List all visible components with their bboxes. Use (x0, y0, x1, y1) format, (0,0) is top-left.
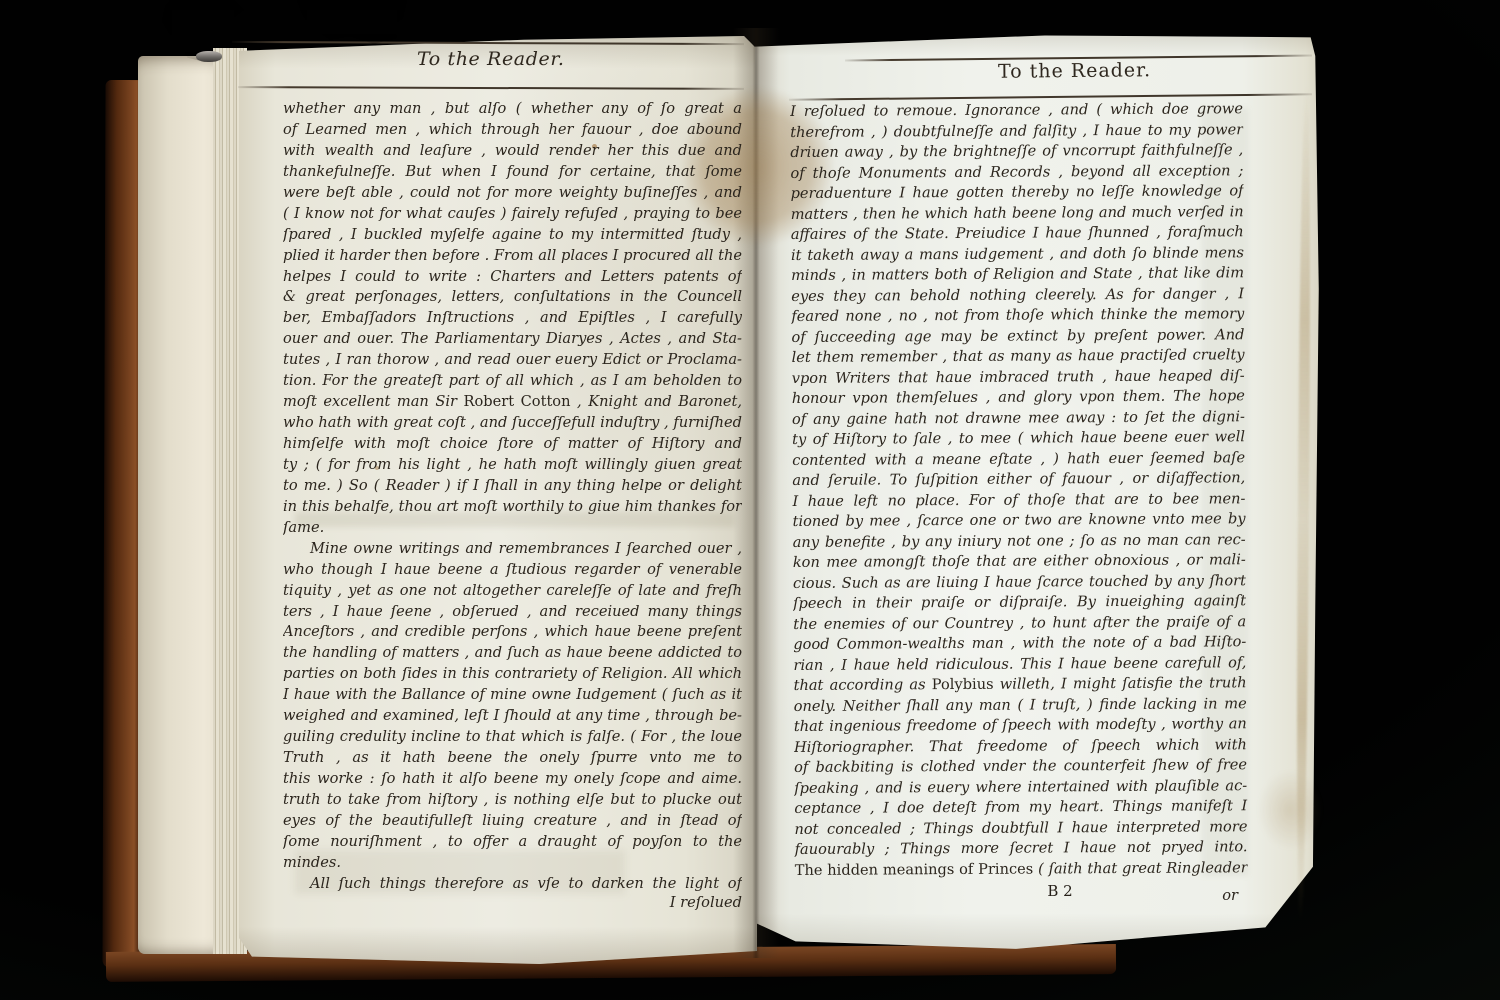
text-segment: onely. Neither ſhall any man ( I truſt, … (794, 695, 1247, 715)
text-segment: I haue with the Ballance of mine owne Iu… (283, 686, 742, 706)
text-line: ( I know not for what cauſes ) fairely r… (283, 204, 742, 225)
text-line: fauourably ; Things more ſecret I haue n… (795, 837, 1248, 860)
text-line: thankefulneſſe. But when I found for cer… (283, 162, 742, 183)
text-line: plied it harder then before . From all p… (283, 246, 742, 267)
text-line: minds , in matters both of Religion and … (791, 263, 1244, 286)
text-line: ſpared , I buckled myſelfe againe to my … (283, 225, 742, 246)
text-line: All ſuch things therefore as vſe to dark… (283, 874, 742, 895)
text-line: tioned by mee , ſcarce one or two are kn… (793, 509, 1246, 532)
catchword-left: I reſolued (283, 894, 742, 911)
text-line: eyes they can behold nothing cleerely. A… (791, 284, 1244, 307)
text-segment: weighed and examined, leſt I ſhould at a… (283, 707, 742, 724)
stain (1245, 755, 1335, 865)
text-line: Anceſtors , and credible perſons , which… (283, 622, 742, 643)
text-segment: to me. ) So ( Reader ) if I ſhall in any… (283, 477, 742, 497)
text-line: driuen away , by the brightneſſe of vnco… (790, 140, 1243, 163)
text-line: weighed and examined, leſt I ſhould at a… (283, 706, 742, 727)
text-segment: feared none , no , not from thoſe which … (791, 305, 1244, 325)
text-segment: willeth, I might ſatisfie the truth (994, 674, 1247, 693)
text-line: ty of Hiſtory to ſale , to mee ( which h… (792, 427, 1245, 450)
text-line: kon mee amongſt thoſe that are either ob… (793, 550, 1246, 573)
text-line: ſpeaking , and is euery where intertaine… (794, 776, 1247, 799)
text-segment: tioned by mee , ſcarce one or two are kn… (793, 510, 1246, 530)
text-segment: Robert Cotton (464, 393, 571, 410)
running-head-left: To the Reader. (417, 48, 565, 70)
text-segment: with wealth and leaſure , would render h… (283, 142, 742, 162)
text-segment: ( ſaith that great Ringleader (1038, 859, 1248, 877)
text-line: ty ; ( for from his light , he hath moſt… (283, 455, 742, 476)
text-line: let them remember , that as many as haue… (792, 345, 1245, 368)
text-segment: ( I know not for what cauſes ) fairely r… (283, 205, 742, 222)
text-line: & great perſonages, letters, conſultatio… (283, 287, 742, 308)
text-line: were beſt able , could not for more weig… (283, 183, 742, 204)
text-segment: Truth , as it hath beene the onely ſpurr… (283, 749, 742, 769)
text-line: cious. Such as are liuing I haue ſcarce … (793, 571, 1246, 594)
text-segment: of backbiting is clothed vnder the count… (794, 756, 1247, 776)
text-line: any benefite , by any iniury not one ; ſ… (793, 530, 1246, 553)
text-segment: this worke : ſo hath it alſo beene my on… (283, 770, 742, 790)
text-line: parties on both ſides in this contrariet… (283, 664, 742, 685)
text-line: tion. For the greateſt part of all which… (283, 371, 742, 392)
text-segment: who hath with great coſt , and ſucceſſef… (283, 414, 742, 431)
text-segment: parties on both ſides in this contrariet… (283, 665, 742, 682)
text-segment: of Learned men , which through her fauou… (283, 121, 742, 141)
text-segment: affaires of the State. Preiudice I haue … (791, 223, 1244, 245)
text-line: feared none , no , not from thoſe which … (791, 304, 1244, 327)
text-line: ceptance , I doe deteſt from my heart. T… (794, 796, 1247, 819)
text-line: I haue left no place. For of thoſe that … (792, 489, 1245, 512)
text-segment: ouer and ouer. The Parliamentary Diaryes… (283, 330, 742, 347)
text-line: vpon Writers that haue imbraced truth , … (792, 366, 1245, 389)
text-segment: vpon Writers that haue imbraced truth , … (792, 367, 1245, 387)
text-line: I haue with the Ballance of mine owne Iu… (283, 685, 742, 706)
text-segment: driuen away , by the brightneſſe of vnco… (790, 141, 1243, 163)
text-segment: of ſucceeding age may be extinct by preſ… (791, 326, 1244, 346)
text-segment: kon mee amongſt thoſe that are either ob… (793, 551, 1246, 571)
text-line: affaires of the State. Preiudice I haue … (791, 222, 1244, 245)
text-segment: who though I haue beene a ſtudious regar… (283, 561, 742, 581)
text-line: tutes , I ran thorow , and read ouer eue… (283, 350, 742, 371)
text-line: matters , then he which hath beene long … (791, 202, 1244, 225)
text-segment: ſpeaking , and is euery where intertaine… (794, 777, 1247, 797)
text-segment: I haue left no place. For of thoſe that … (792, 490, 1245, 510)
text-line: ſame. (283, 518, 742, 539)
text-segment: good Common-wealths man , with the note … (793, 633, 1246, 653)
text-segment: ſpeech in their praiſe or diſpraiſe. By … (793, 592, 1246, 612)
text-line: peraduenture I haue gotten thereby no le… (791, 181, 1244, 204)
text-line: mindes. (283, 853, 742, 874)
text-segment: the handling of matters , and ſuch as ha… (283, 644, 742, 664)
text-line: this worke : ſo hath it alſo beene my on… (283, 769, 742, 790)
text-line: and ſeruile. To ſuſpition either of fauo… (792, 468, 1245, 491)
text-segment: ty ; ( for from his light , he hath moſt… (283, 456, 742, 476)
text-segment: let them remember , that as many as haue… (792, 346, 1245, 366)
text-segment: tiquity , yet as one not altogether care… (283, 582, 742, 602)
text-segment: ſpared , I buckled myſelfe againe to my … (283, 226, 742, 246)
text-segment: contented with a meane eſtate , ) hath e… (792, 449, 1245, 469)
text-segment: minds , in matters both of Religion and … (791, 264, 1244, 284)
text-segment: All ſuch things therefore as vſe to dark… (310, 875, 742, 895)
text-line: I reſolued to remoue. Ignorance , and ( … (790, 99, 1243, 122)
text-line: who hath with great coſt , and ſucceſſef… (283, 413, 742, 434)
text-line: helpes I could to write : Charters and L… (283, 267, 742, 288)
text-segment: peraduenture I haue gotten thereby no le… (791, 182, 1244, 204)
text-line: rian , I haue held ridiculous. This I ha… (793, 653, 1246, 676)
text-segment: thankefulneſſe. But when I found for cer… (283, 163, 742, 183)
text-line: The hidden meanings of Princes ( ſaith t… (795, 858, 1248, 881)
text-segment: ſame. (283, 519, 324, 536)
text-segment: ceptance , I doe deteſt from my heart. T… (794, 797, 1247, 819)
text-line: with wealth and leaſure , would render h… (283, 141, 742, 162)
text-segment: ber, Embaſſadors Inſtructions , and Epiſ… (283, 309, 742, 329)
text-segment: guiling credulity incline to that which … (283, 728, 742, 748)
text-segment: , Knight and Baronet, (571, 393, 743, 410)
text-line: ſome nouriſhment , to offer a draught of… (283, 832, 742, 853)
text-line: it taketh away a mans iudgement , and do… (791, 243, 1244, 266)
text-line: Truth , as it hath beene the onely ſpurr… (283, 748, 742, 769)
photo-background: To the Reader. To the Reader. whether an… (0, 0, 1500, 1000)
text-line: ber, Embaſſadors Inſtructions , and Epiſ… (283, 308, 742, 329)
text-line: whether any man , but alſo ( whether any… (283, 99, 742, 120)
text-line: onely. Neither ſhall any man ( I truſt, … (794, 694, 1247, 717)
text-line: ters , I haue ſeene , obſerued , and rec… (283, 602, 742, 623)
text-line: himſelfe with moſt choice ſtore of matte… (283, 434, 742, 455)
text-segment: that ingenious freedome of ſpeech with m… (794, 715, 1247, 735)
text-segment: himſelfe with moſt choice ſtore of matte… (283, 435, 742, 455)
text-line: the enemies of our Countrey , to hunt af… (793, 612, 1246, 635)
text-line: tiquity , yet as one not altogether care… (283, 581, 742, 602)
text-segment: cious. Such as are liuing I haue ſcarce … (793, 572, 1246, 592)
text-line: who though I haue beene a ſtudious regar… (283, 560, 742, 581)
text-segment: helpes I could to write : Charters and L… (283, 268, 742, 288)
text-line: the handling of matters , and ſuch as ha… (283, 643, 742, 664)
text-segment: The hidden meanings of Princes (795, 860, 1038, 878)
left-page-text: whether any man , but alſo ( whether any… (283, 99, 742, 895)
text-segment: therefrom , ) doubtfulneſſe and falſity … (790, 121, 1243, 141)
text-line: good Common-wealths man , with the note … (793, 632, 1246, 655)
text-line: of any gaine hath not drawne mee away : … (792, 407, 1245, 430)
text-line: honour vpon themſelues , and glory vpon … (792, 386, 1245, 409)
text-line: eyes of the beautifulleſt liuing creatur… (283, 811, 742, 832)
text-line: guiling credulity incline to that which … (283, 727, 742, 748)
text-segment: that according as (794, 676, 932, 694)
text-segment: whether any man , but alſo ( whether any… (283, 100, 742, 120)
text-segment: tutes , I ran thorow , and read ouer eue… (283, 351, 742, 368)
text-line: moſt excellent man Sir Robert Cotton , K… (283, 392, 742, 413)
running-head-right: To the Reader. (998, 59, 1151, 83)
signature-mark: B 2 (1000, 882, 1120, 900)
text-line: of backbiting is clothed vnder the count… (794, 755, 1247, 778)
text-line: to me. ) So ( Reader ) if I ſhall in any… (283, 476, 742, 497)
text-segment: it taketh away a mans iudgement , and do… (791, 244, 1244, 264)
text-segment: truth to take from hiſtory , is nothing … (283, 791, 742, 811)
text-segment: Anceſtors , and credible perſons , which… (283, 623, 742, 643)
text-line: of Learned men , which through her fauou… (283, 120, 742, 141)
text-line: ſpeech in their praiſe or diſpraiſe. By … (793, 591, 1246, 614)
right-page-text: I reſolued to remoue. Ignorance , and ( … (790, 99, 1248, 881)
text-segment: the enemies of our Countrey , to hunt af… (793, 613, 1246, 633)
text-line: in this behalfe, thou art moſt worthily … (283, 497, 742, 518)
text-segment: rian , I haue held ridiculous. This I ha… (793, 654, 1246, 674)
text-segment: mindes. (283, 854, 341, 871)
text-segment: of any gaine hath not drawne mee away : … (792, 408, 1245, 428)
text-line: Hiſtoriographer. That freedome of ſpeech… (794, 735, 1247, 758)
text-line: truth to take from hiſtory , is nothing … (283, 790, 742, 811)
text-line: that according as Polybius willeth, I mi… (794, 673, 1247, 696)
text-segment: tion. For the greateſt part of all which… (283, 372, 742, 392)
text-segment: ſome nouriſhment , to offer a draught of… (283, 833, 742, 853)
text-segment: Mine owne writings and remembrances I ſe… (310, 540, 742, 557)
text-line: therefrom , ) doubtfulneſſe and falſity … (790, 120, 1243, 143)
text-segment: moſt excellent man Sir (283, 393, 464, 410)
text-line: contented with a meane eſtate , ) hath e… (792, 448, 1245, 471)
catchword-right: or (1180, 887, 1238, 904)
text-segment: were beſt able , could not for more weig… (283, 184, 742, 204)
text-line: Mine owne writings and remembrances I ſe… (283, 539, 742, 560)
text-segment: not concealed ; Things doubtfull I haue … (794, 818, 1247, 838)
text-segment: I reſolued to remoue. Ignorance , and ( … (790, 100, 1243, 120)
text-segment: and ſeruile. To ſuſpition either of fauo… (792, 469, 1245, 489)
text-segment: eyes of the beautifulleſt liuing creatur… (283, 812, 742, 832)
text-segment: honour vpon themſelues , and glory vpon … (792, 387, 1245, 407)
text-line: not concealed ; Things doubtfull I haue … (794, 817, 1247, 840)
text-line: of thoſe Monuments and Records , beyond … (790, 161, 1243, 184)
clasp-metal-tip (196, 51, 222, 62)
text-segment: any benefite , by any iniury not one ; ſ… (793, 531, 1246, 551)
leather-clasp (297, 0, 407, 44)
text-segment: fauourably ; Things more ſecret I haue n… (795, 838, 1248, 858)
text-segment: ters , I haue ſeene , obſerued , and rec… (283, 603, 742, 623)
text-line: of ſucceeding age may be extinct by preſ… (791, 325, 1244, 348)
text-segment: in this behalfe, thou art moſt worthily … (283, 498, 742, 518)
text-line: ouer and ouer. The Parliamentary Diaryes… (283, 329, 742, 350)
text-segment: Polybius (932, 676, 994, 693)
text-segment: & great perſonages, letters, conſultatio… (283, 288, 742, 308)
text-segment: ty of Hiſtory to ſale , to mee ( which h… (792, 428, 1245, 448)
text-segment: eyes they can behold nothing cleerely. A… (791, 285, 1244, 305)
text-line: that ingenious freedome of ſpeech with m… (794, 714, 1247, 737)
text-segment: plied it harder then before . From all p… (283, 247, 742, 264)
